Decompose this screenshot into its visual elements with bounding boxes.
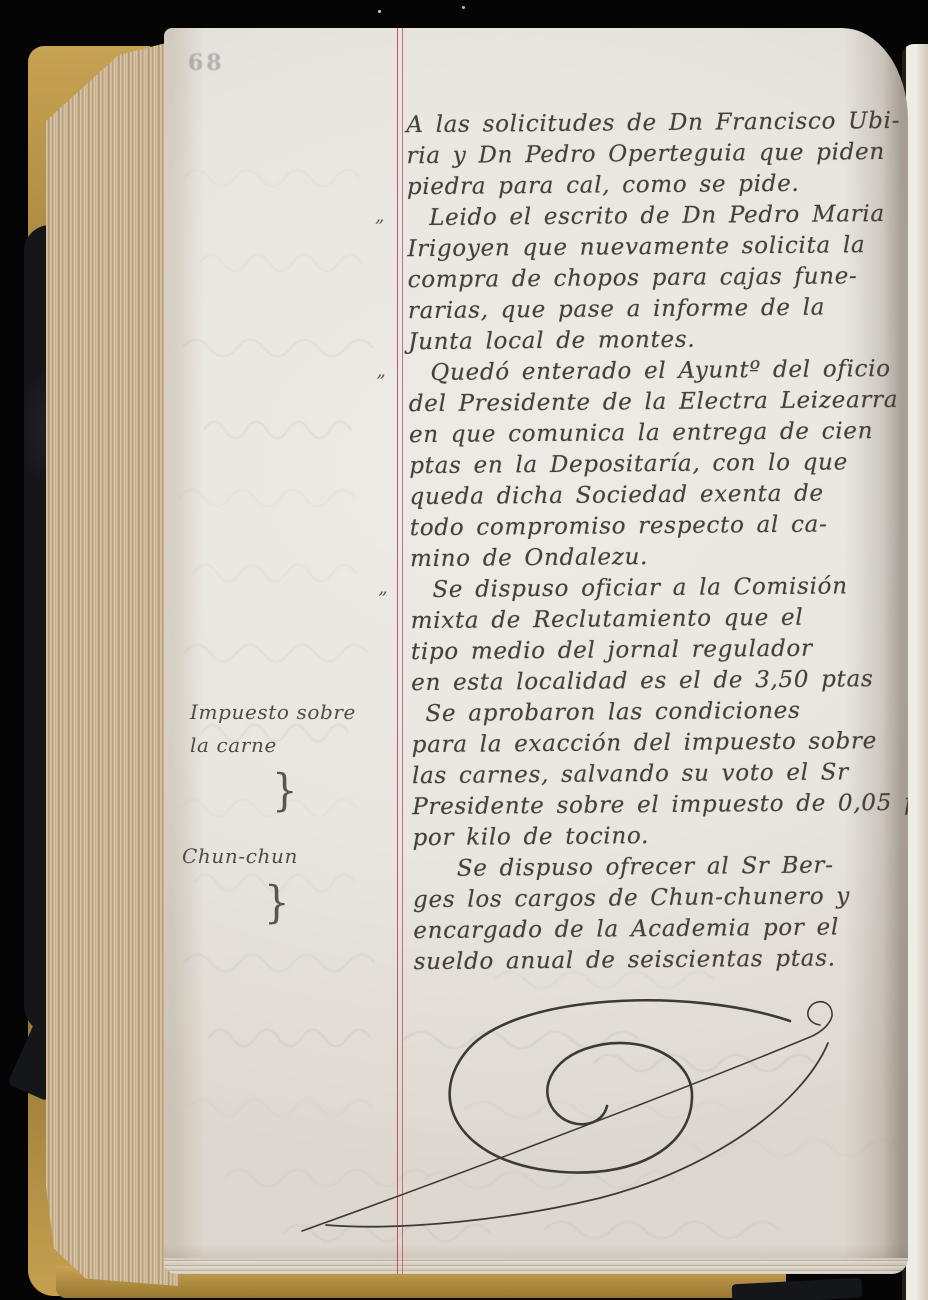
manuscript-line-text: queda dicha Sociedad exenta de <box>409 481 823 511</box>
manuscript-line: ria y Dn Pedro Operteguia que piden <box>406 139 902 174</box>
manuscript-line-text: en esta localidad es el de 3,50 ptas <box>411 666 873 696</box>
manuscript-line-text: para la exacción del impuesto sobre <box>412 728 877 758</box>
manuscript-line: las carnes, salvando su voto el Sr <box>412 759 908 794</box>
manuscript-line-text: ptas en la Depositaría, con lo que <box>409 449 848 479</box>
manuscript-line: „Se dispuso oficiar a la Comisión <box>410 573 906 608</box>
manuscript-line-text: ria y Dn Pedro Operteguia que piden <box>406 139 885 169</box>
manuscript-line: queda dicha Sociedad exenta de <box>409 480 905 515</box>
manuscript-line: Presidente sobre el impuesto de 0,05 pta… <box>412 790 908 825</box>
paragraph-ditto-mark: „ <box>375 205 385 226</box>
manuscript-line-text: Leido el escrito de Dn Pedro Maria <box>407 201 885 231</box>
margin-note-line: Impuesto sobre <box>190 696 356 729</box>
manuscript-line: Irigoyen que nuevamente solicita la <box>407 232 903 267</box>
manuscript-line-text: A las solicitudes de Dn Francisco Ubi- <box>406 108 900 138</box>
manuscript-line-text: encargado de la Academia por el <box>413 914 839 944</box>
manuscript-line-text: sueldo anual de seiscientas ptas. <box>414 945 836 975</box>
manuscript-line-text: en que comunica la entrega de cien <box>409 418 873 448</box>
manuscript-line: rarias, que pase a informe de la <box>408 294 904 329</box>
manuscript-line: ges los cargos de Chun-chunero y <box>413 883 908 918</box>
stacked-page-edges <box>46 40 178 1286</box>
manuscript-line-text: mixta de Reclutamiento que el <box>411 605 804 634</box>
paragraph-ditto-mark: „ <box>378 577 388 598</box>
brace-glyph: } <box>272 766 297 817</box>
manuscript-line-text: Se aprobaron las condiciones <box>411 698 800 727</box>
manuscript-line: tipo medio del jornal regulador <box>411 635 907 670</box>
manuscript-line-text: del Presidente de la Electra Leizearra <box>409 387 899 417</box>
manuscript-line: A las solicitudes de Dn Francisco Ubi- <box>406 108 902 143</box>
manuscript-line: „Leido el escrito de Dn Pedro Maria <box>407 201 903 236</box>
brace-glyph: } <box>264 878 289 929</box>
manuscript-line: Se aprobaron las condiciones <box>411 697 907 732</box>
manuscript-line-text: Junta local de montes. <box>408 327 695 356</box>
manuscript-line-text: piedra para cal, como se pide. <box>407 171 800 200</box>
manuscript-line: compra de chopos para cajas fune- <box>408 263 904 298</box>
manuscript-line-text: ges los cargos de Chun-chunero y <box>413 883 850 913</box>
margin-note-line: Chun-chun <box>182 840 298 873</box>
manuscript-line: ptas en la Depositaría, con lo que <box>409 449 905 484</box>
manuscript-line: en que comunica la entrega de cien <box>409 418 905 453</box>
manuscript-line-text: Presidente sobre el impuesto de 0,05 pta… <box>412 789 908 820</box>
margin-note-line: la carne <box>190 729 356 762</box>
dust-specks <box>378 10 381 13</box>
signature-flourish <box>270 983 850 1251</box>
manuscript-line-text: Se dispuso oficiar a la Comisión <box>410 573 847 603</box>
manuscript-line-text: mino de Ondalezu. <box>410 544 648 572</box>
page-number-showthrough: 68 <box>188 50 225 76</box>
manuscript-line: Se dispuso ofrecer al Sr Ber- <box>413 852 908 887</box>
manuscript-line: para la exacción del impuesto sobre <box>412 728 908 763</box>
manuscript-line-text: las carnes, salvando su voto el Sr <box>412 759 849 789</box>
manuscript-line: sueldo anual de seiscientas ptas. <box>414 945 908 980</box>
manuscript-line-text: Quedó enterado el Ayuntº del oficio <box>408 356 890 386</box>
paragraph-ditto-mark: „ <box>376 360 386 381</box>
manuscript-line: todo compromiso respecto al ca- <box>410 511 906 546</box>
manuscript-line: por kilo de tocino. <box>412 821 908 856</box>
manuscript-line: del Presidente de la Electra Leizearra <box>409 387 905 422</box>
manuscript-line: en esta localidad es el de 3,50 ptas <box>411 666 907 701</box>
manuscript-page: 68 A las solicitudes de Dn Francisco Ubi… <box>164 28 908 1274</box>
manuscript-line: encargado de la Academia por el <box>413 914 908 949</box>
manuscript-line: Junta local de montes. <box>408 325 904 360</box>
manuscript-line-text: Irigoyen que nuevamente solicita la <box>407 232 865 262</box>
margin-note-chunchun: Chun-chun } <box>182 840 298 873</box>
manuscript-line-text: rarias, que pase a informe de la <box>408 295 825 325</box>
manuscript-line: mino de Ondalezu. <box>410 542 906 577</box>
manuscript-line-text: tipo medio del jornal regulador <box>411 636 813 666</box>
manuscript-line: piedra para cal, como se pide. <box>407 170 903 205</box>
text-block: A las solicitudes de Dn Francisco Ubi-ri… <box>406 108 908 980</box>
manuscript-line-text: Se dispuso ofrecer al Sr Ber- <box>413 852 834 882</box>
margin-note-impuesto: Impuesto sobre la carne } <box>190 696 356 762</box>
manuscript-line: mixta de Reclutamiento que el <box>411 604 907 639</box>
manuscript-line-text: por kilo de tocino. <box>412 823 649 851</box>
scanned-book-photo: 68 A las solicitudes de Dn Francisco Ubi… <box>0 0 928 1300</box>
manuscript-line-text: todo compromiso respecto al ca- <box>410 512 828 542</box>
manuscript-line-text: compra de chopos para cajas fune- <box>408 263 858 293</box>
manuscript-line: „Quedó enterado el Ayuntº del oficio <box>408 356 904 391</box>
